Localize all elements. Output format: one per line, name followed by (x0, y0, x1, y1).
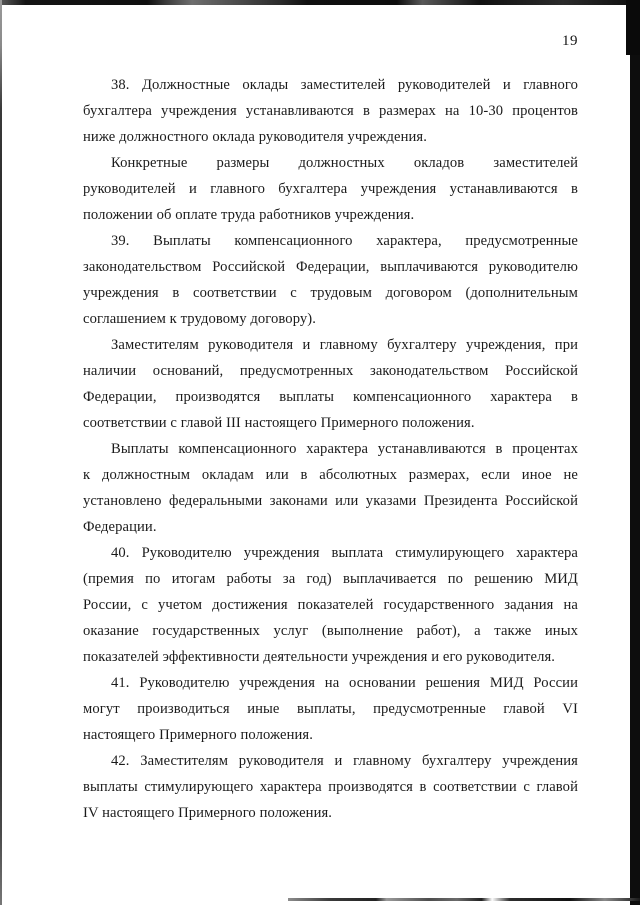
text-line: 42. Заместителям руководителя и главному… (83, 748, 578, 774)
text-line: установлено федеральными законами или ук… (83, 488, 578, 514)
text-line: Федерации, производятся выплаты компенса… (83, 384, 578, 410)
page-number: 19 (562, 33, 578, 50)
text-line: 39. Выплаты компенсационного характера, … (83, 228, 578, 254)
text-line: могут производиться иные выплаты, предус… (83, 696, 578, 722)
text-line: 41. Руководителю учреждения на основании… (83, 670, 578, 696)
document-body: 38. Должностные оклады заместителей руко… (83, 72, 578, 826)
text-line: IV настоящего Примерного положения. (83, 800, 578, 826)
text-line: Выплаты компенсационного характера устан… (83, 436, 578, 462)
text-line: (премия по итогам работы за год) выплачи… (83, 566, 578, 592)
text-line: оказание государственных услуг (выполнен… (83, 618, 578, 644)
text-line: учреждения в соответствии с трудовым дог… (83, 280, 578, 306)
text-line: законодательством Российской Федерации, … (83, 254, 578, 280)
text-line: Заместителям руководителя и главному бух… (83, 332, 578, 358)
scan-line-bottom (288, 898, 640, 901)
scan-border-right (630, 0, 640, 905)
scan-border-top (0, 0, 640, 5)
text-line: наличии оснований, предусмотренных закон… (83, 358, 578, 384)
scan-border-left (0, 0, 2, 905)
text-line: положении об оплате труда работников учр… (83, 202, 578, 228)
text-line: настоящего Примерного положения. (83, 722, 578, 748)
text-line: показателей эффективности деятельности у… (83, 644, 578, 670)
text-line: соглашением к трудовому договору). (83, 306, 578, 332)
text-line: ниже должностного оклада руководителя уч… (83, 124, 578, 150)
text-line: России, с учетом достижения показателей … (83, 592, 578, 618)
text-line: руководителей и главного бухгалтера учре… (83, 176, 578, 202)
text-line: Конкретные размеры должностных окладов з… (83, 150, 578, 176)
scan-border-right-top (626, 0, 640, 55)
text-line: 40. Руководителю учреждения выплата стим… (83, 540, 578, 566)
text-line: соответствии с главой III настоящего При… (83, 410, 578, 436)
text-line: Федерации. (83, 514, 578, 540)
text-line: к должностным окладам или в абсолютных р… (83, 462, 578, 488)
text-line: бухгалтера учреждения устанавливаются в … (83, 98, 578, 124)
text-line: 38. Должностные оклады заместителей руко… (83, 72, 578, 98)
text-line: выплаты стимулирующего характера произво… (83, 774, 578, 800)
scanned-document-page: 19 38. Должностные оклады заместителей р… (0, 0, 640, 905)
